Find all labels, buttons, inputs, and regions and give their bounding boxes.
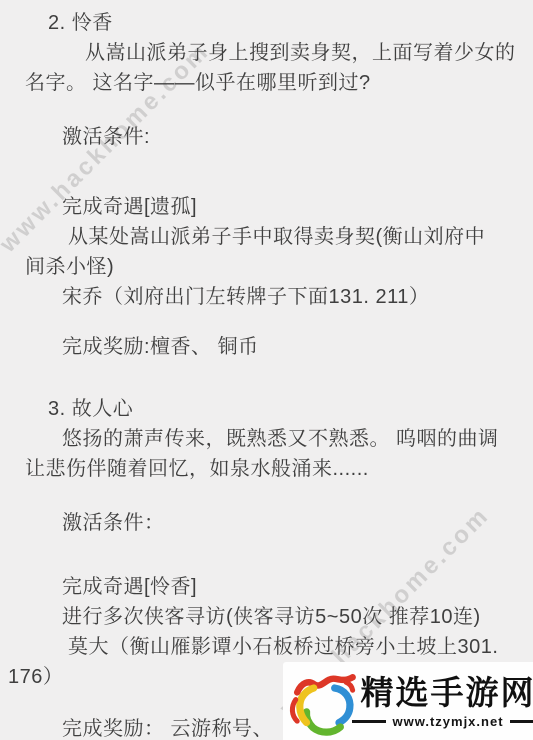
section-2-desc-line-2: 名字。 这名字——似乎在哪里听到过? [25, 68, 525, 98]
section-2-condition-line-1: 从某处嵩山派弟子手中取得卖身契(衡山刘府中 [25, 222, 525, 252]
dash-left-decoration [352, 720, 386, 723]
site-logo-badge: 精选手游网 www.tzymjx.net [283, 662, 533, 740]
section-3-heading: 3. 故人心 [25, 394, 525, 424]
article-page: www.hackhome.com www.hackhome.com 2. 怜香 … [0, 0, 533, 740]
section-2-quest-line: 完成奇遇[遗孤] [25, 192, 525, 222]
section-3-desc-line-1: 悠扬的萧声传来，既熟悉又不熟悉。 呜咽的曲调 [25, 424, 525, 454]
guide-text: 2. 怜香 从嵩山派弟子身上搜到卖身契，上面写着少女的 名字。 这名字——似乎在… [0, 0, 533, 740]
section-2-heading: 2. 怜香 [25, 8, 525, 38]
section-2-activation-label: 激活条件: [25, 122, 525, 152]
section-3-condition-line-1: 进行多次侠客寻访(侠客寻访5~50次 推荐10连) [25, 602, 525, 632]
section-2-desc-line-1: 从嵩山派弟子身上搜到卖身契，上面写着少女的 [25, 38, 525, 68]
site-name: 精选手游网 [361, 674, 533, 712]
section-2-npc-location: 宋乔（刘府出门左转牌子下面131. 211） [25, 282, 525, 312]
section-3-activation-label: 激活条件： [25, 508, 525, 538]
section-2-condition-line-2: 间杀小怪) [25, 252, 525, 282]
section-2-reward-line: 完成奖励:檀香、 铜币 [25, 332, 525, 362]
section-3-npc-location-1: 莫大（衡山雁影谭小石板桥过桥旁小土坡上301. [25, 632, 525, 662]
site-logo-text: 精选手游网 www.tzymjx.net [367, 674, 529, 729]
site-url-row: www.tzymjx.net [352, 714, 533, 729]
section-3-quest-line: 完成奇遇[怜香] [25, 572, 525, 602]
section-3-desc-line-2: 让悲伤伴随着回忆，如泉水般涌来...... [25, 454, 525, 484]
dash-right-decoration [510, 720, 533, 723]
site-url: www.tzymjx.net [392, 714, 503, 729]
